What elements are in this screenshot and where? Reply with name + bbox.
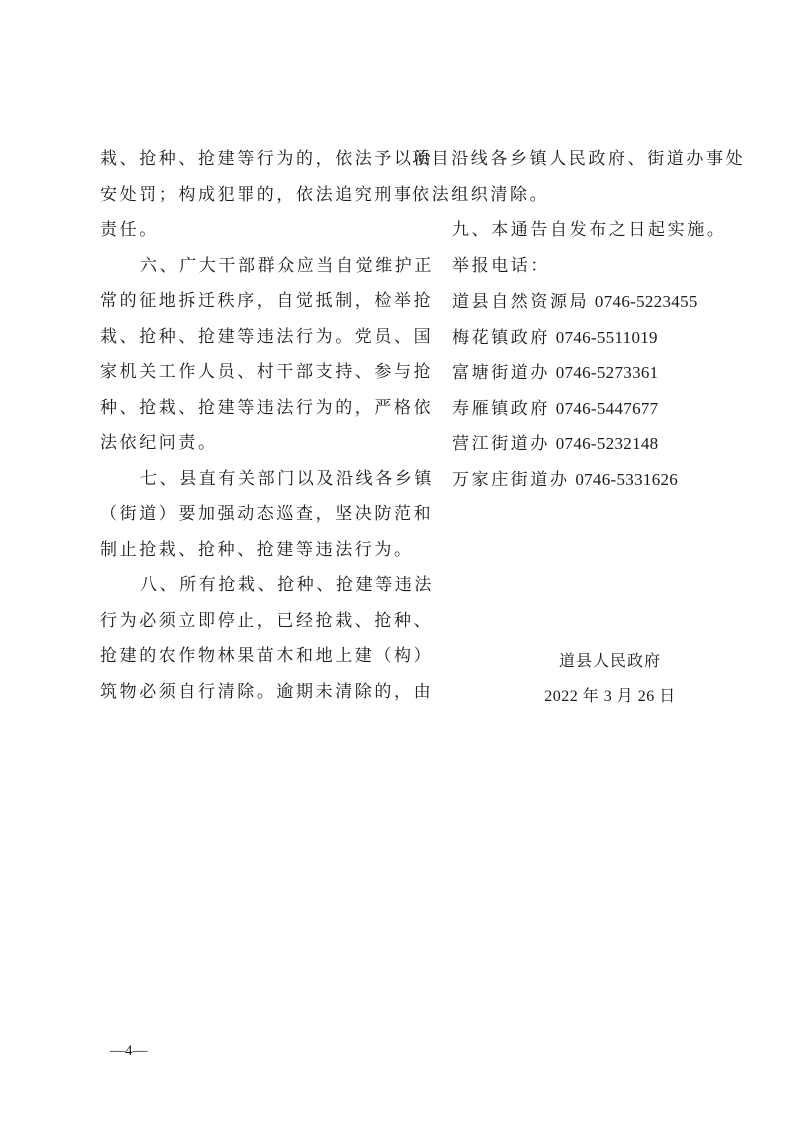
hotline-item: 富塘街道办 0746-5273361 bbox=[412, 355, 702, 391]
hotline-phone: 0746-5447677 bbox=[556, 399, 659, 418]
body-line: 栽、抢种、抢建等行为的，依法予以治 bbox=[100, 142, 390, 178]
body-line: 栽、抢种、抢建等违法行为。党员、国 bbox=[100, 320, 390, 356]
body-line: 行为必须立即停止，已经抢栽、抢种、 bbox=[100, 604, 390, 640]
signature-date: 2022 年 3 月 26 日 bbox=[520, 683, 700, 706]
body-line: 常的征地拆迁秩序，自觉抵制，检举抢 bbox=[100, 284, 390, 320]
hotline-phone: 0746-5511019 bbox=[556, 328, 658, 347]
body-line: 责任。 bbox=[100, 213, 390, 249]
hotline-phone: 0746-5273361 bbox=[556, 363, 659, 382]
hotline-name: 梅花镇政府 bbox=[452, 328, 550, 348]
hotline-name: 万家庄街道办 bbox=[452, 470, 570, 490]
body-line: （街道）要加强动态巡查，坚决防范和 bbox=[100, 497, 390, 533]
right-column: 项目沿线各乡镇人民政府、街道办事处 依法组织清除。 九、本通告自发布之日起实施。… bbox=[412, 142, 702, 497]
clause-six-start: 六、广大干部群众应当自觉维护正 bbox=[100, 249, 390, 285]
hotline-item: 梅花镇政府 0746-5511019 bbox=[412, 320, 702, 356]
clause-seven-start: 七、县直有关部门以及沿线各乡镇 bbox=[100, 462, 390, 498]
body-line: 安处罚；构成犯罪的，依法追究刑事 bbox=[100, 178, 390, 214]
hotline-name: 富塘街道办 bbox=[452, 363, 550, 383]
hotline-item: 道县自然资源局 0746-5223455 bbox=[412, 284, 702, 320]
hotline-phone: 0746-5232148 bbox=[556, 434, 659, 453]
body-line: 法依纪问责。 bbox=[100, 426, 390, 462]
hotline-item: 万家庄街道办 0746-5331626 bbox=[412, 462, 702, 498]
clause-nine: 九、本通告自发布之日起实施。 bbox=[412, 213, 702, 249]
body-line: 项目沿线各乡镇人民政府、街道办事处 bbox=[412, 142, 702, 178]
hotline-phone: 0746-5223455 bbox=[595, 292, 698, 311]
hotline-name: 道县自然资源局 bbox=[452, 292, 589, 312]
signature-organization: 道县人民政府 bbox=[520, 648, 700, 671]
body-line: 抢建的农作物林果苗木和地上建（构） bbox=[100, 639, 390, 675]
left-column: 栽、抢种、抢建等行为的，依法予以治 安处罚；构成犯罪的，依法追究刑事 责任。 六… bbox=[100, 142, 390, 710]
body-line: 筑物必须自行清除。逾期未清除的，由 bbox=[100, 675, 390, 711]
clause-eight-start: 八、所有抢栽、抢种、抢建等违法 bbox=[100, 568, 390, 604]
hotline-name: 寿雁镇政府 bbox=[452, 399, 550, 419]
hotline-item: 营江街道办 0746-5232148 bbox=[412, 426, 702, 462]
body-line: 制止抢栽、抢种、抢建等违法行为。 bbox=[100, 533, 390, 569]
hotline-name: 营江街道办 bbox=[452, 434, 550, 454]
body-line: 依法组织清除。 bbox=[412, 178, 702, 214]
hotline-phone: 0746-5331626 bbox=[575, 470, 678, 489]
hotline-heading: 举报电话： bbox=[412, 249, 702, 285]
page-number: —4— bbox=[110, 1043, 148, 1060]
hotline-item: 寿雁镇政府 0746-5447677 bbox=[412, 391, 702, 427]
body-line: 家机关工作人员、村干部支持、参与抢 bbox=[100, 355, 390, 391]
body-line: 种、抢栽、抢建等违法行为的，严格依 bbox=[100, 391, 390, 427]
